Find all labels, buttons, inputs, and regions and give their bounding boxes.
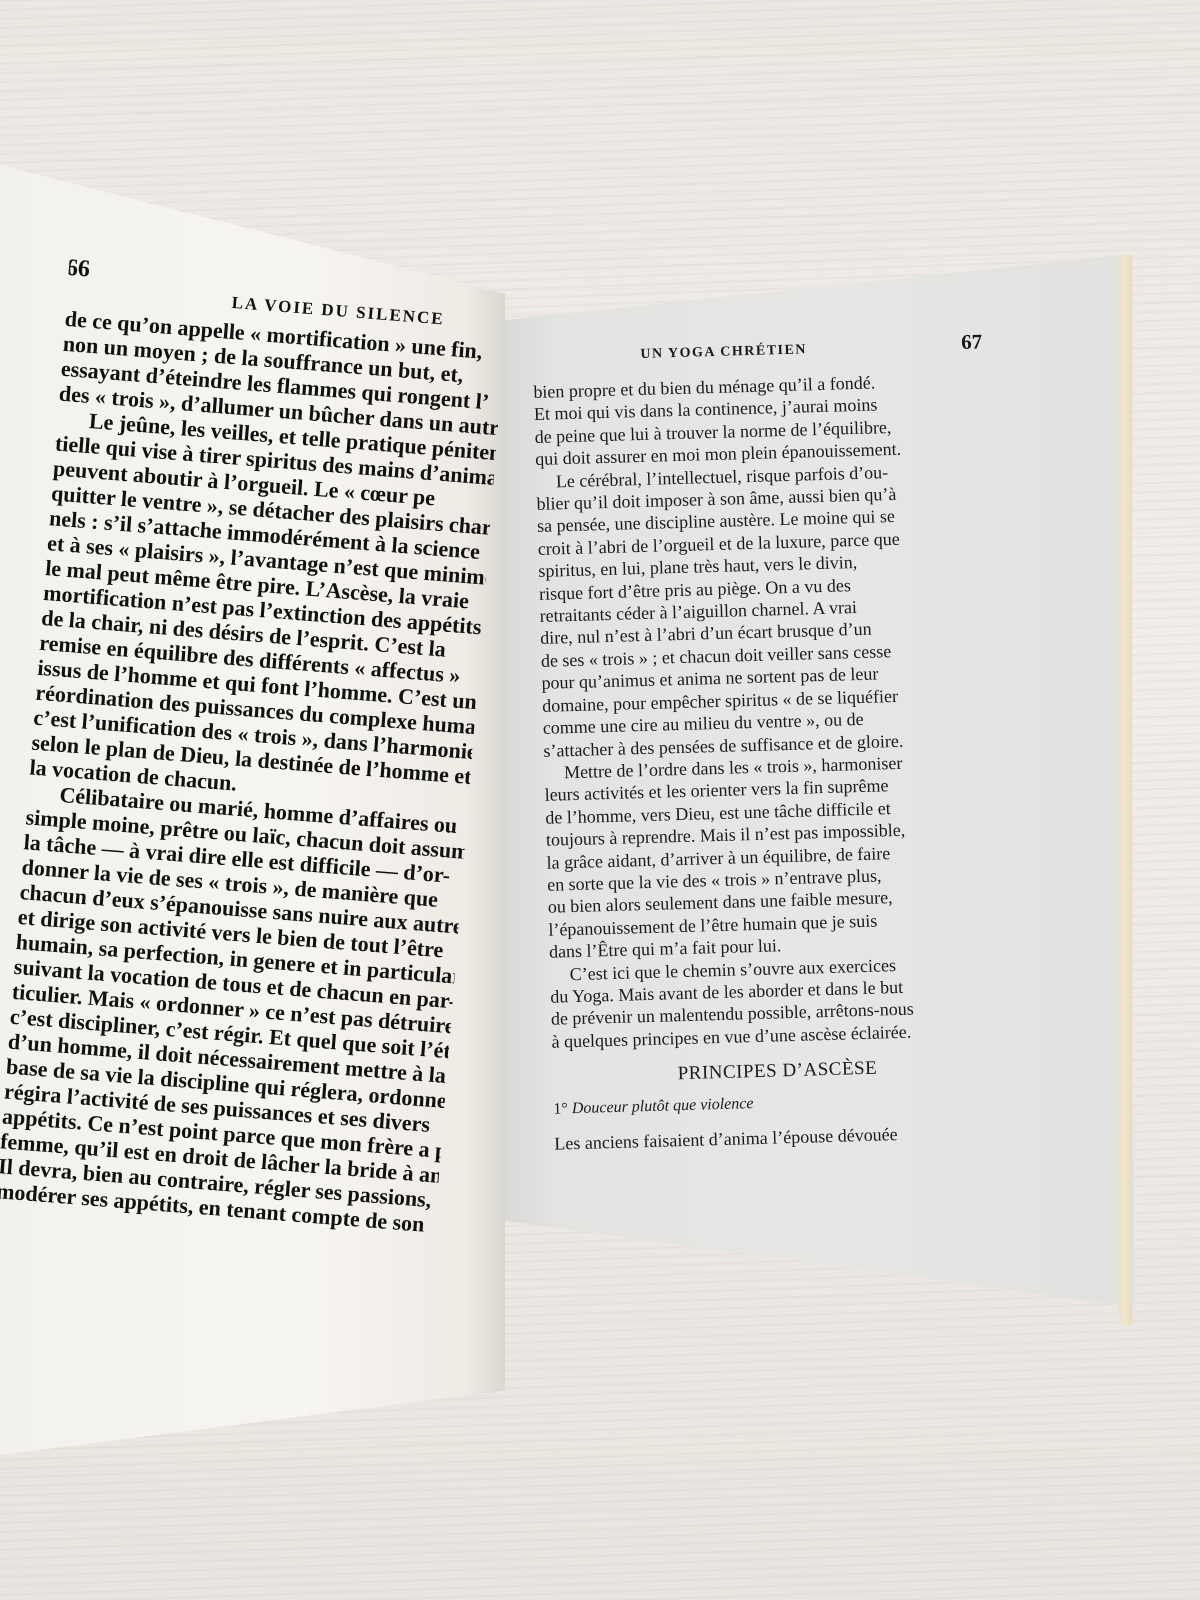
open-book: 66 LA VOIE DU SILENCE de ce qu’on appell… bbox=[0, 0, 1200, 1600]
left-page-text: 66 LA VOIE DU SILENCE de ce qu’on appell… bbox=[0, 255, 509, 1238]
subsection-number: 1° bbox=[553, 1100, 568, 1117]
right-page-text: UN YOGA CHRÉTIEN 67 bien propre et du bi… bbox=[532, 329, 1005, 1155]
section-title: PRINCIPES D’ASCÈSE bbox=[552, 1054, 1002, 1089]
running-head-right: UN YOGA CHRÉTIEN bbox=[640, 342, 807, 363]
subsection-heading: 1° Douceur plutôt que violence bbox=[553, 1088, 1003, 1119]
right-body-text: bien propre et du bien du ménage qu’il a… bbox=[533, 368, 1002, 1052]
left-body-text: de ce qu’on appelle « mortification » un… bbox=[0, 306, 505, 1238]
page-block-edge bbox=[1118, 255, 1132, 1325]
subsection-title: Douceur plutôt que violence bbox=[572, 1095, 754, 1117]
page-number-right: 67 bbox=[961, 329, 983, 355]
